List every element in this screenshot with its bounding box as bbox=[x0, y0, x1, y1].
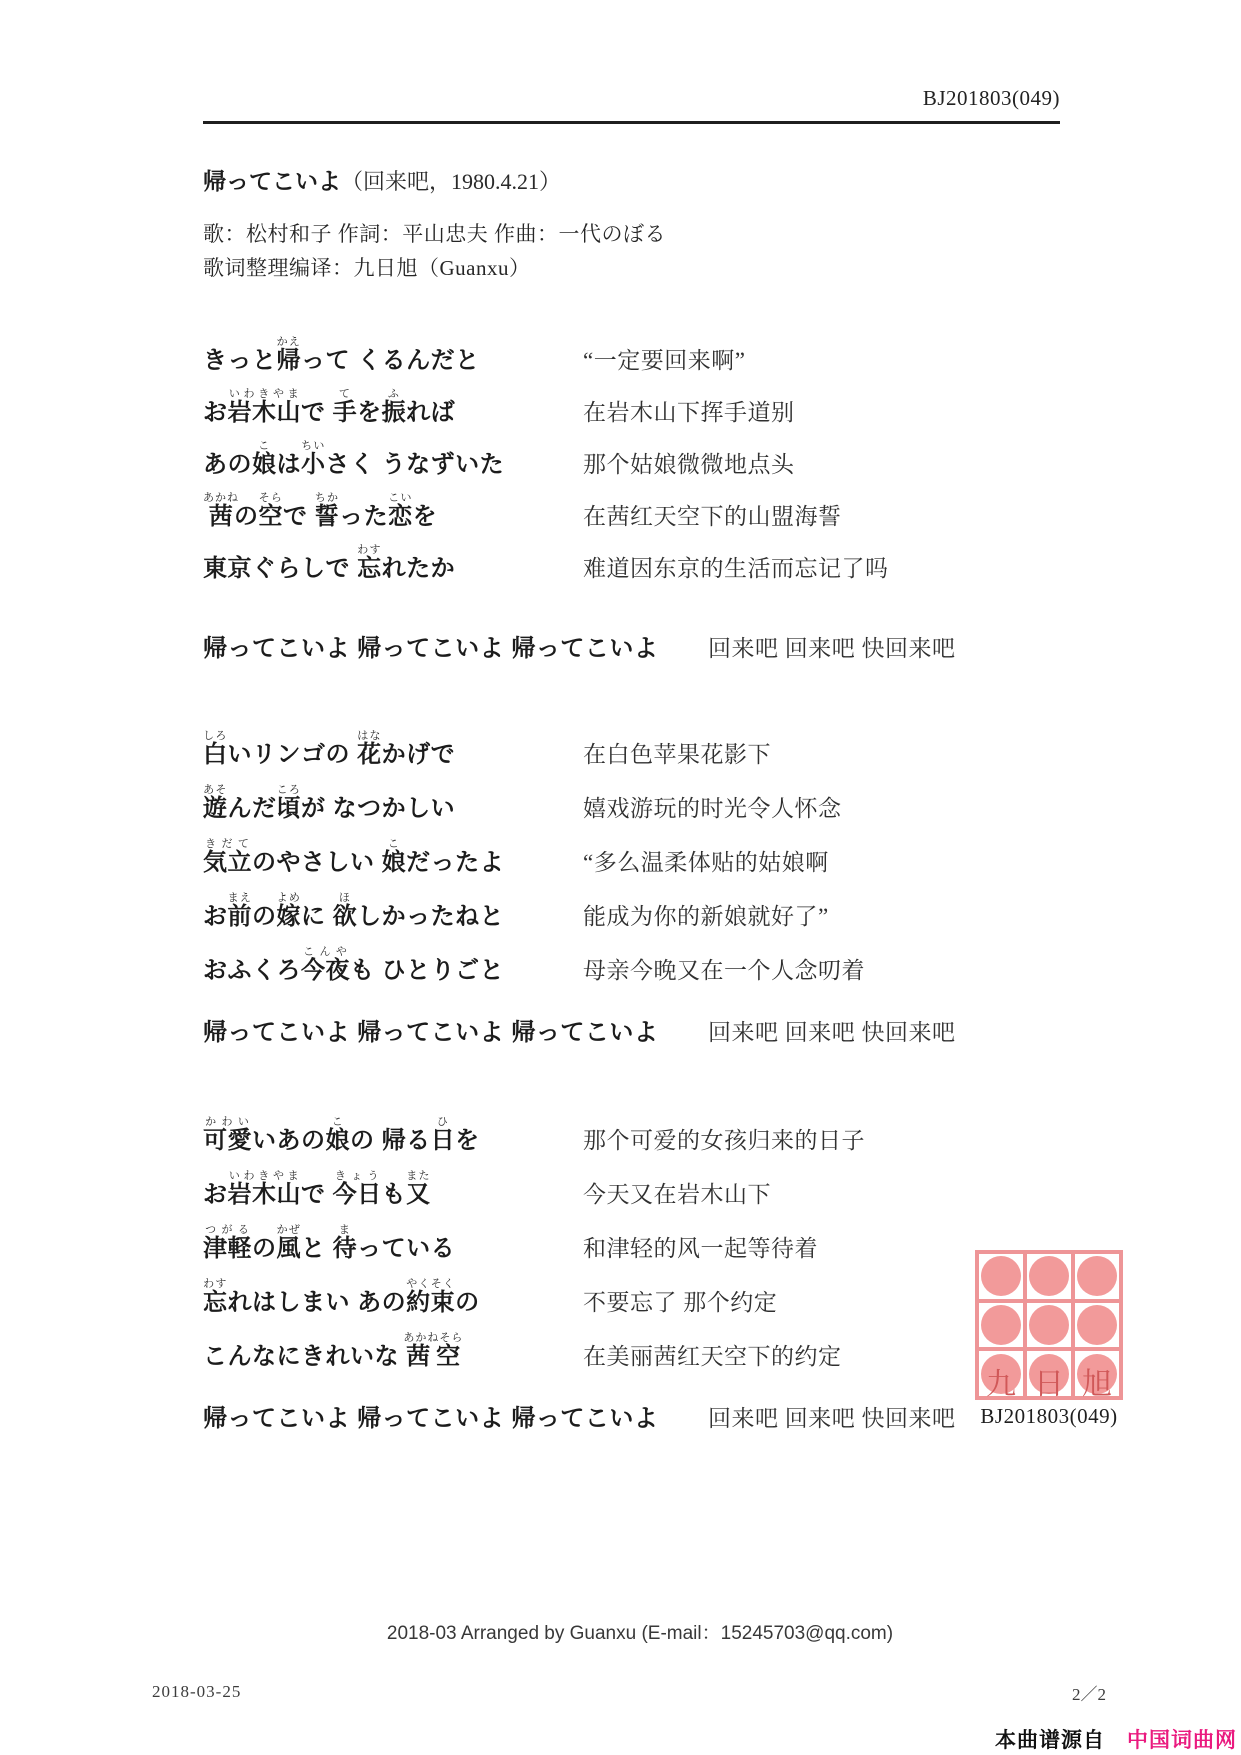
lyric-chinese-translation: 在岩木山下挥手道别 bbox=[583, 400, 795, 426]
lyric-japanese: 可愛かわいいあの娘この 帰る日ひを bbox=[203, 1116, 583, 1154]
lyric-chinese-translation: 不要忘了 那个约定 bbox=[583, 1290, 777, 1316]
stamp-circle-icon bbox=[1077, 1256, 1117, 1296]
header-rule bbox=[203, 121, 1060, 124]
document-id: BJ201803(049) bbox=[203, 86, 1060, 111]
lyric-japanese: お岩木山いわきやまで 手てを振ふれば bbox=[203, 388, 583, 426]
lyric-line: あの娘こは小ちいさく うなずいた那个姑娘微微地点头 bbox=[203, 426, 1083, 478]
footer-page-number: 2／2 bbox=[1072, 1680, 1106, 1705]
lyrics-body: きっと帰かえって くるんだと“一定要回来啊”お岩木山いわきやまで 手てを振ふれば… bbox=[203, 322, 1083, 1432]
lyric-japanese: こんなにきれいな 茜空あかねそら bbox=[203, 1332, 583, 1370]
lyric-chinese-translation: 母亲今晚又在一个人念叨着 bbox=[583, 958, 865, 984]
lyric-chinese-translation: 在美丽茜红天空下的约定 bbox=[583, 1344, 842, 1370]
chorus-line: 帰ってこいよ 帰ってこいよ 帰ってこいよ回来吧 回来吧 快回来吧 bbox=[203, 1398, 1083, 1432]
footer-date: 2018-03-25 bbox=[152, 1682, 241, 1702]
lyric-japanese: 茜あかねの空そらで 誓ちかった恋こいを bbox=[203, 492, 583, 530]
lyric-line: きっと帰かえって くるんだと“一定要回来啊” bbox=[203, 322, 1083, 374]
lyric-japanese: お前まえの嫁よめに 欲ほしかったねと bbox=[203, 892, 583, 930]
lyric-sheet-page: BJ201803(049) 帰ってこいよ（回来吧，1980.4.21） 歌：松村… bbox=[0, 0, 1241, 1755]
lyric-line: 遊あそんだ頃ころが なつかしい嬉戏游玩的时光令人怀念 bbox=[203, 768, 1083, 822]
verse-3: 可愛かわいいあの娘この 帰る日ひを那个可爱的女孩归来的日子お岩木山いわきやまで … bbox=[203, 1100, 1083, 1432]
lyric-japanese: 白しろいリンゴの 花はなかげで bbox=[203, 730, 583, 768]
stamp-circle-icon bbox=[1077, 1305, 1117, 1345]
lyric-japanese: 忘わすれはしまい あの約束やくそくの bbox=[203, 1278, 583, 1316]
lyric-chinese-translation: 那个可爱的女孩归来的日子 bbox=[583, 1128, 865, 1154]
lyric-line: 東京ぐらしで 忘わすれたか难道因东京的生活而忘记了吗 bbox=[203, 530, 1083, 582]
lyric-chinese-translation: 在茜红天空下的山盟海誓 bbox=[583, 504, 842, 530]
lyric-line: お岩木山いわきやまで 手てを振ふれば在岩木山下挥手道别 bbox=[203, 374, 1083, 426]
lyric-line: おふくろ今夜こんやも ひとりごと母亲今晚又在一个人念叨着 bbox=[203, 930, 1083, 984]
lyric-line: こんなにきれいな 茜空あかねそら在美丽茜红天空下的约定 bbox=[203, 1316, 1083, 1370]
site-watermark: 本曲谱源自中国词曲网 bbox=[637, 1724, 1237, 1754]
lyric-line: お前まえの嫁よめに 欲ほしかったねと能成为你的新娘就好了” bbox=[203, 876, 1083, 930]
credits-translator: 歌词整理编译：九日旭（Guanxu） bbox=[203, 252, 531, 282]
lyric-japanese: 東京ぐらしで 忘わすれたか bbox=[203, 544, 583, 582]
song-title-annotation: （回来吧，1980.4.21） bbox=[341, 169, 561, 194]
lyric-chinese-translation: “一定要回来啊” bbox=[583, 348, 745, 374]
lyric-line: 津軽つがるの風かぜと 待まっている和津轻的风一起等待着 bbox=[203, 1208, 1083, 1262]
chorus-chinese-translation: 回来吧 回来吧 快回来吧 bbox=[708, 1406, 956, 1432]
verse-2: 白しろいリンゴの 花はなかげで在白色苹果花影下遊あそんだ頃ころが なつかしい嬉戏… bbox=[203, 714, 1083, 1046]
lyric-chinese-translation: “多么温柔体贴的姑娘啊 bbox=[583, 850, 829, 876]
lyric-line: お岩木山いわきやまで 今日きょうも又また今天又在岩木山下 bbox=[203, 1154, 1083, 1208]
chorus-japanese: 帰ってこいよ 帰ってこいよ 帰ってこいよ bbox=[203, 1406, 708, 1432]
lyric-japanese: きっと帰かえって くるんだと bbox=[203, 336, 583, 374]
lyric-japanese: おふくろ今夜こんやも ひとりごと bbox=[203, 946, 583, 984]
lyric-chinese-translation: 那个姑娘微微地点头 bbox=[583, 452, 795, 478]
chorus-japanese: 帰ってこいよ 帰ってこいよ 帰ってこいよ bbox=[203, 636, 708, 662]
chorus-chinese-translation: 回来吧 回来吧 快回来吧 bbox=[708, 636, 956, 662]
lyric-japanese: 遊あそんだ頃ころが なつかしい bbox=[203, 784, 583, 822]
lyric-japanese: 気立きだてのやさしい 娘こだったよ bbox=[203, 838, 583, 876]
song-title: 帰ってこいよ（回来吧，1980.4.21） bbox=[203, 163, 561, 196]
lyric-line: 可愛かわいいあの娘この 帰る日ひを那个可爱的女孩归来的日子 bbox=[203, 1100, 1083, 1154]
lyric-line: 忘わすれはしまい あの約束やくそくの不要忘了 那个约定 bbox=[203, 1262, 1083, 1316]
verse-1: きっと帰かえって くるんだと“一定要回来啊”お岩木山いわきやまで 手てを振ふれば… bbox=[203, 322, 1083, 662]
lyric-line: 白しろいリンゴの 花はなかげで在白色苹果花影下 bbox=[203, 714, 1083, 768]
chorus-chinese-translation: 回来吧 回来吧 快回来吧 bbox=[708, 1020, 956, 1046]
credits-artists: 歌：松村和子 作詞：平山忠夫 作曲：一代のぼる bbox=[203, 218, 666, 248]
lyric-japanese: お岩木山いわきやまで 今日きょうも又また bbox=[203, 1170, 583, 1208]
lyric-line: 気立きだてのやさしい 娘こだったよ“多么温柔体贴的姑娘啊 bbox=[203, 822, 1083, 876]
lyric-chinese-translation: 今天又在岩木山下 bbox=[583, 1182, 771, 1208]
lyric-chinese-translation: 在白色苹果花影下 bbox=[583, 742, 771, 768]
lyric-chinese-translation: 和津轻的风一起等待着 bbox=[583, 1236, 818, 1262]
footer-arranged-by: 2018-03 Arranged by Guanxu (E-mail：15245… bbox=[203, 1618, 1077, 1645]
lyric-chinese-translation: 难道因东京的生活而忘记了吗 bbox=[583, 556, 889, 582]
lyric-chinese-translation: 能成为你的新娘就好了” bbox=[583, 904, 829, 930]
song-title-japanese: 帰ってこいよ bbox=[203, 168, 341, 194]
watermark-site-name: 中国词曲网 bbox=[1127, 1729, 1237, 1752]
watermark-prefix: 本曲谱源自 bbox=[995, 1729, 1105, 1752]
lyric-line: 茜あかねの空そらで 誓ちかった恋こいを在茜红天空下的山盟海誓 bbox=[203, 478, 1083, 530]
chorus-line: 帰ってこいよ 帰ってこいよ 帰ってこいよ回来吧 回来吧 快回来吧 bbox=[203, 1012, 1083, 1046]
lyric-chinese-translation: 嬉戏游玩的时光令人怀念 bbox=[583, 796, 842, 822]
chorus-line: 帰ってこいよ 帰ってこいよ 帰ってこいよ回来吧 回来吧 快回来吧 bbox=[203, 610, 1083, 662]
lyric-japanese: あの娘こは小ちいさく うなずいた bbox=[203, 440, 583, 478]
lyric-japanese: 津軽つがるの風かぜと 待まっている bbox=[203, 1224, 583, 1262]
chorus-japanese: 帰ってこいよ 帰ってこいよ 帰ってこいよ bbox=[203, 1020, 708, 1046]
